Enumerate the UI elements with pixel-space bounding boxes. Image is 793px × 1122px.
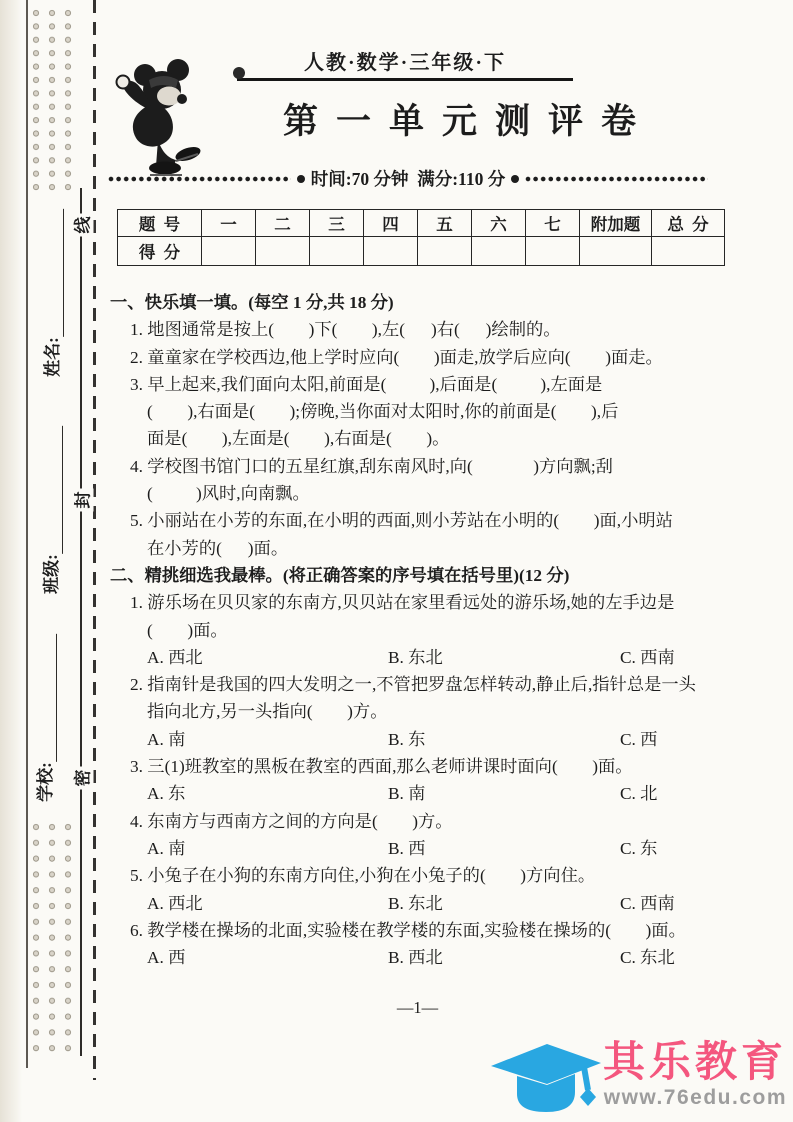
header-cell-7: 七 [526, 210, 580, 237]
s2-q3-options: A. 东 B. 南 C. 北 [110, 780, 758, 807]
score-table-score-row: 得 分 [118, 237, 725, 266]
s2-q5-line1: 5. 小兔子在小狗的东南方向住,小狗在小兔子的( )方向住。 [110, 862, 758, 889]
option-b: B. 东北 [388, 644, 620, 671]
s1-q1: 1. 地图通常是按上( )下( ),左( )右( )绘制的。 [110, 316, 758, 343]
option-c: C. 东北 [620, 944, 675, 971]
s2-q5-options: A. 西北 B. 东北 C. 西南 [110, 890, 758, 917]
score-table: 题 号 一 二 三 四 五 六 七 附加题 总 分 得 分 [117, 209, 725, 266]
s2-q4-line1: 4. 东南方与西南方之间的方向是( )方。 [110, 808, 758, 835]
seal-char-mi: 密 [69, 767, 94, 790]
graduation-cap-icon [487, 1034, 605, 1122]
page-edge-shadow [0, 0, 22, 1122]
page-edge-line [26, 0, 28, 1068]
name-label: 姓名: [42, 337, 64, 377]
time-score-text: 时间:70 分钟 满分:110 分 [311, 166, 505, 191]
s1-q5-line1: 5. 小丽站在小芳的东面,在小明的西面,则小芳站在小明的( )面,小明站 [110, 507, 758, 534]
name-field: 姓名: [40, 209, 64, 377]
class-label: 班级: [41, 554, 63, 594]
option-a: A. 南 [147, 835, 388, 862]
edition-dot [233, 67, 245, 79]
s2-q6-options: A. 西 B. 西北 C. 东北 [110, 944, 758, 971]
seal-char-feng: 封 [69, 489, 94, 512]
school-blank-line [40, 634, 57, 762]
mickey-skating-illustration [112, 58, 218, 183]
option-a: A. 西北 [147, 890, 388, 917]
dotted-leader-left [108, 176, 291, 182]
header-cell-total: 总 分 [652, 210, 725, 237]
dotted-leader-right [525, 176, 708, 182]
header-cell-bonus: 附加题 [580, 210, 652, 237]
class-field: 班级: [39, 426, 63, 594]
s1-q3-line1: 3. 早上起来,我们面向太阳,前面是( ),后面是( ),左面是 [110, 371, 758, 398]
brand-name: 其乐教育 [603, 1040, 787, 1084]
option-b: B. 南 [388, 780, 620, 807]
score-cell-empty [202, 237, 256, 266]
section-1-heading: 一、快乐填一填。(每空 1 分,共 18 分) [110, 289, 758, 316]
s2-q1-options: A. 西北 B. 东北 C. 西南 [110, 644, 758, 671]
option-b: B. 东北 [388, 890, 620, 917]
option-a: A. 西北 [147, 644, 388, 671]
paper-title: 第一单元测评卷 [283, 94, 654, 144]
s1-q3-line2: ( ),右面是( );傍晚,当你面对太阳时,你的前面是( ),后 [110, 398, 758, 425]
edition-text: 人教·数学·三年级·下 [237, 46, 573, 75]
s1-q2: 2. 童童家在学校西边,他上学时应向( )面走,放学后应向( )面走。 [110, 344, 758, 371]
score-cell-empty [364, 237, 418, 266]
header-cell-5: 五 [418, 210, 472, 237]
score-cell-empty [652, 237, 725, 266]
page-number: —1— [110, 998, 725, 1018]
s1-q4-line2: ( )风时,向南飘。 [110, 480, 758, 507]
s2-q2-options: A. 南 B. 东 C. 西 [110, 726, 758, 753]
exam-paper-page: 姓名: 班级: 学校: 线 封 密 人教·数学·三年级·下 [0, 0, 793, 1122]
score-cell-empty [472, 237, 526, 266]
leader-dot-right [511, 175, 519, 183]
option-a: A. 东 [147, 780, 388, 807]
score-cell-empty [418, 237, 472, 266]
seal-char-xian: 线 [69, 214, 94, 237]
s2-q1-line2: ( )面。 [110, 617, 758, 644]
s1-q4-line1: 4. 学校图书馆门口的五星红旗,刮东南风时,向( )方向飘;刮 [110, 453, 758, 480]
s1-q5-line2: 在小芳的( )面。 [110, 535, 758, 562]
score-cell-empty [256, 237, 310, 266]
score-cell-empty [526, 237, 580, 266]
edition-header: 人教·数学·三年级·下 [237, 46, 573, 81]
s2-q2-line2: 指向北方,另一头指向( )方。 [110, 698, 758, 725]
header-cell-4: 四 [364, 210, 418, 237]
s2-q2-line1: 2. 指南针是我国的四大发明之一,不管把罗盘怎样转动,静止后,指针总是一头 [110, 671, 758, 698]
option-c: C. 西南 [620, 644, 675, 671]
name-blank-line [47, 209, 64, 337]
seal-line [80, 188, 82, 1056]
option-a: A. 南 [147, 726, 388, 753]
s2-q6-line1: 6. 教学楼在操场的北面,实验楼在教学楼的东面,实验楼在操场的( )面。 [110, 917, 758, 944]
header-cell-1: 一 [202, 210, 256, 237]
school-field: 学校: [33, 634, 57, 802]
option-b: B. 西北 [388, 944, 620, 971]
option-c: C. 北 [620, 780, 657, 807]
leader-dot-left [297, 175, 305, 183]
brand-watermark: 其乐教育 www.76edu.com [487, 1032, 789, 1118]
s2-q1-line1: 1. 游乐场在贝贝家的东南方,贝贝站在家里看远处的游乐场,她的左手边是 [110, 589, 758, 616]
option-a: A. 西 [147, 944, 388, 971]
header-cell-3: 三 [310, 210, 364, 237]
header-cell-timu: 题 号 [118, 210, 202, 237]
header-cell-6: 六 [472, 210, 526, 237]
score-cell-empty [310, 237, 364, 266]
header-cell-2: 二 [256, 210, 310, 237]
option-c: C. 西 [620, 726, 657, 753]
class-blank-line [46, 426, 63, 554]
score-row-label: 得 分 [118, 237, 202, 266]
score-cell-empty [580, 237, 652, 266]
s2-q4-options: A. 南 B. 西 C. 东 [110, 835, 758, 862]
question-content: 一、快乐填一填。(每空 1 分,共 18 分) 1. 地图通常是按上( )下( … [110, 289, 758, 971]
school-label: 学校: [35, 762, 57, 802]
score-table-header-row: 题 号 一 二 三 四 五 六 七 附加题 总 分 [118, 210, 725, 237]
binding-holes-top [31, 8, 79, 196]
time-score-row: 时间:70 分钟 满分:110 分 [108, 166, 708, 191]
option-c: C. 西南 [620, 890, 675, 917]
s2-q3-line1: 3. 三(1)班教室的黑板在教室的西面,那么老师讲课时面向( )面。 [110, 753, 758, 780]
s1-q3-line3: 面是( ),左面是( ),右面是( )。 [110, 425, 758, 452]
option-c: C. 东 [620, 835, 657, 862]
option-b: B. 西 [388, 835, 620, 862]
option-b: B. 东 [388, 726, 620, 753]
section-2-heading: 二、精挑细选我最棒。(将正确答案的序号填在括号里)(12 分) [110, 562, 758, 589]
binding-holes-bottom [31, 822, 79, 1058]
brand-texts: 其乐教育 www.76edu.com [603, 1040, 787, 1110]
edition-underline [237, 78, 573, 81]
brand-url: www.76edu.com [603, 1086, 787, 1110]
seal-dashed-line [93, 0, 96, 1080]
